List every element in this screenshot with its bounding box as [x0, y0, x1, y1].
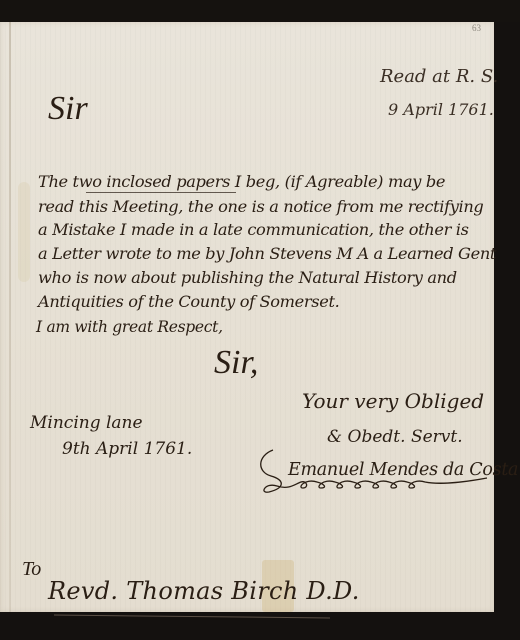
underline-mark [86, 192, 236, 193]
letter-page: 63 Read at R. S. 9 April 1761. Sir The t… [0, 22, 494, 612]
salutation: Sir [48, 92, 88, 126]
read-annotation: Read at R. S. [380, 68, 498, 86]
closing-line: I am with great Respect, [36, 320, 223, 336]
body-line: read this Meeting, the one is a notice f… [38, 199, 483, 215]
scan-background [0, 0, 520, 22]
letter-date: 9th April 1761. [62, 441, 192, 458]
body-line: Antiquities of the County of Somerset. [38, 294, 339, 310]
page-fold-line [9, 22, 11, 612]
body-line: a Mistake I made in a late communication… [38, 222, 469, 238]
closing-salutation: Sir, [214, 346, 258, 380]
body-line: who is now about publishing the Natural … [38, 270, 457, 286]
signature-line-1: Your very Obliged [302, 391, 484, 411]
address-prefix: To [22, 559, 41, 579]
read-annotation-date: 9 April 1761. [388, 102, 494, 118]
sender-place: Mincing lane [30, 415, 143, 432]
folio-number: 63 [472, 24, 481, 33]
address-underline [54, 615, 330, 619]
signature-flourish-icon [255, 442, 495, 498]
body-line: a Letter wrote to me by John Stevens M A… [38, 246, 496, 262]
address-recipient: Revd. Thomas Birch D.D. [48, 579, 360, 603]
paper-stain-margin [18, 182, 30, 282]
body-line: The two inclosed papers I beg, (if Agrea… [38, 174, 445, 190]
